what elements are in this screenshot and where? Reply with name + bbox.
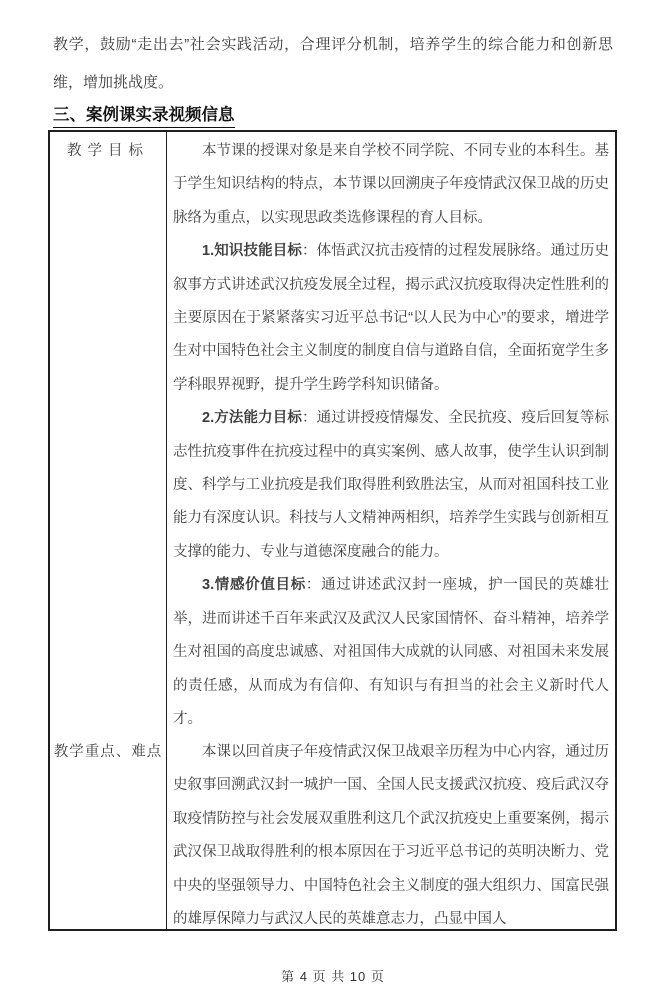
bold-run: 1.知识技能目标	[202, 243, 302, 259]
bold-run: 3.情感价值目标	[202, 577, 306, 593]
row-content-teaching-objectives: 本节课的授课对象是来自学校不同学院、不同专业的本科生。基于学生知识结构的特点，本…	[167, 132, 615, 733]
paragraph: 本节课的授课对象是来自学校不同学院、不同专业的本科生。基于学生知识结构的特点，本…	[173, 135, 609, 235]
row-content-key-difficult-points: 本课以回首庚子年疫情武汉保卫战艰辛历程为中心内容，通过历史叙事回溯武汉封一城护一…	[167, 733, 615, 929]
text-run: ：通过讲述武汉封一座城，护一国民的英雄壮举，进而讲述千百年来武汉及武汉人民家国情…	[173, 577, 609, 727]
paragraph: 3.情感价值目标：通过讲述武汉封一座城，护一国民的英雄壮举，进而讲述千百年来武汉…	[173, 569, 609, 733]
text-run: ：体悟武汉抗击疫情的过程发展脉络。通过历史叙事方式讲述武汉抗疫发展全过程，揭示武…	[173, 243, 609, 393]
document-page: { "document": { "intro_paragraph": "教学，鼓…	[0, 0, 666, 999]
bold-run: 2.方法能力目标	[202, 410, 302, 426]
row-header-key-difficult-points: 教学重点、难点	[50, 733, 167, 929]
section-heading: 三、案例课实录视频信息	[53, 105, 235, 128]
text-run: 本节课的授课对象是来自学校不同学院、不同专业的本科生。基于学生知识结构的特点，本…	[173, 143, 609, 226]
case-video-info-table: 教学目标 本节课的授课对象是来自学校不同学院、不同专业的本科生。基于学生知识结构…	[48, 130, 617, 931]
intro-paragraph: 教学，鼓励“走出去”社会实践活动，合理评分机制，培养学生的综合能力和创新思维，增…	[53, 26, 613, 102]
paragraph: 1.知识技能目标：体悟武汉抗击疫情的过程发展脉络。通过历史叙事方式讲述武汉抗疫发…	[173, 235, 609, 402]
text-run: ：通过讲授疫情爆发、全民抗疫、疫后回复等标志性抗疫事件在抗疫过程中的真实案例、感…	[173, 410, 609, 560]
row-header-teaching-objectives: 教学目标	[50, 132, 167, 733]
paragraph: 本课以回首庚子年疫情武汉保卫战艰辛历程为中心内容，通过历史叙事回溯武汉封一城护一…	[173, 736, 609, 929]
paragraph: 2.方法能力目标：通过讲授疫情爆发、全民抗疫、疫后回复等标志性抗疫事件在抗疫过程…	[173, 402, 609, 569]
text-run: 本课以回首庚子年疫情武汉保卫战艰辛历程为中心内容，通过历史叙事回溯武汉封一城护一…	[173, 744, 609, 927]
page-number-footer: 第 4 页 共 10 页	[0, 966, 666, 985]
